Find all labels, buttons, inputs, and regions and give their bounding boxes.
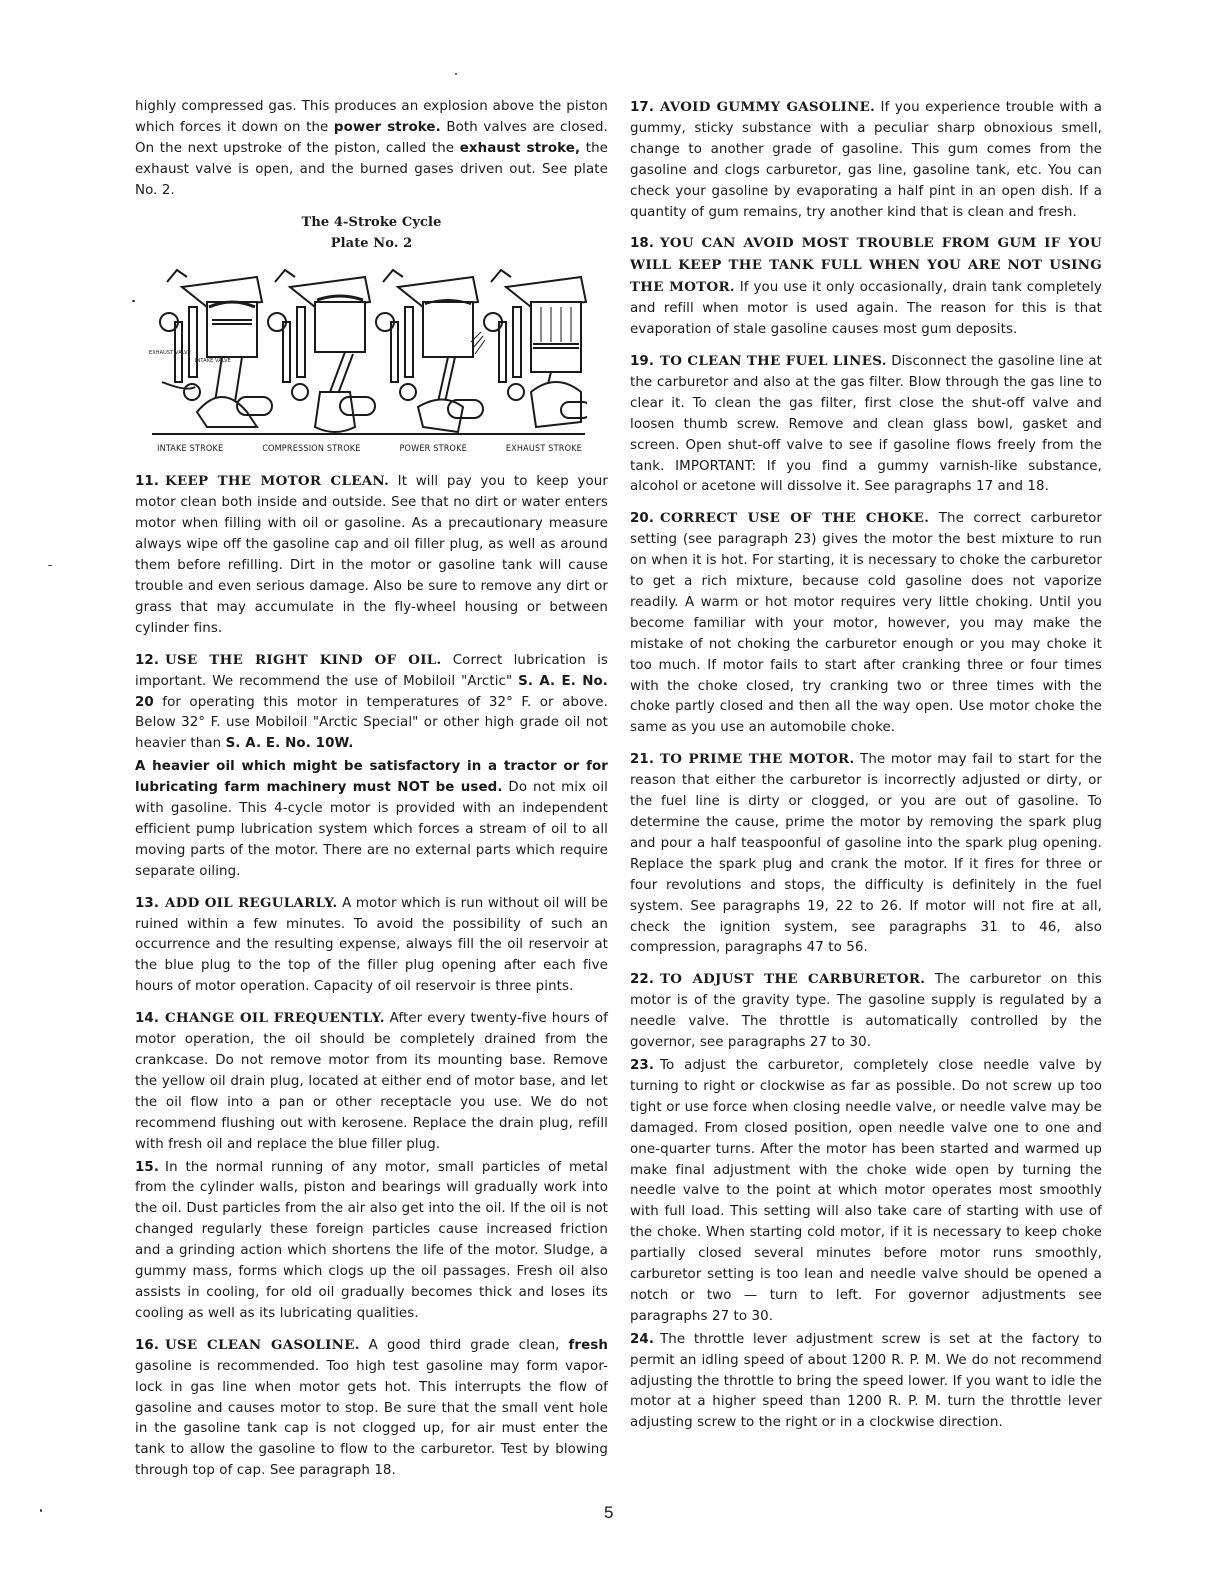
paragraph-heading: TO ADJUST THE CARBURETOR. [660, 971, 925, 987]
power-stroke-term: power stroke. [334, 120, 441, 135]
exhaust-stroke-drawing [471, 270, 587, 427]
paragraph-17: 17.AVOID GUMMY GASOLINE. If you experien… [630, 97, 1102, 223]
paragraph-heading: KEEP THE MOTOR CLEAN. [165, 473, 389, 489]
intro-paragraph: highly compressed gas. This produces an … [135, 97, 608, 202]
power-stroke-label: POWER STROKE [399, 439, 466, 460]
right-column: 17.AVOID GUMMY GASOLINE. If you experien… [630, 97, 1102, 1444]
paragraph-18: 18.YOU CAN AVOID MOST TROUBLE FROM GUM I… [630, 233, 1102, 341]
scan-speck [40, 1509, 42, 1512]
intake-stroke-label: INTAKE STROKE [157, 439, 223, 460]
paragraph-23: 23.To adjust the carburetor, completely … [630, 1056, 1102, 1328]
left-column: highly compressed gas. This produces an … [135, 97, 608, 1492]
figure-plate-number: Plate No. 2 [135, 233, 608, 254]
scan-speck [455, 73, 457, 75]
paragraph-heading: USE CLEAN GASOLINE. [165, 1337, 360, 1353]
paragraph-15: 15.In the normal running of any motor, s… [135, 1158, 608, 1325]
scan-speck [48, 565, 52, 566]
page-number: 5 [604, 1503, 613, 1523]
paragraph-heading: ADD OIL REGULARLY. [165, 895, 338, 911]
intake-stroke-drawing [160, 270, 272, 427]
stroke-label-row: INTAKE STROKE COMPRESSION STROKE POWER S… [157, 439, 582, 460]
exhaust-stroke-label: EXHAUST STROKE [506, 439, 582, 460]
paragraph-12: 12.USE THE RIGHT KIND OF OIL. Correct lu… [135, 650, 608, 756]
paragraph-heading: CORRECT USE OF THE CHOKE. [660, 510, 929, 526]
paragraph-heading: AVOID GUMMY GASOLINE. [660, 99, 875, 115]
paragraph-heading: USE THE RIGHT KIND OF OIL. [165, 652, 441, 668]
paragraph-heading: CHANGE OIL FREQUENTLY. [165, 1010, 385, 1026]
paragraph-24: 24.The throttle lever adjustment screw i… [630, 1330, 1102, 1435]
four-stroke-cycle-illustration: EXHAUST VALVE INTAKE VALVE [147, 262, 587, 437]
figure-title: The 4-Stroke Cycle [135, 212, 608, 233]
scan-speck [132, 300, 135, 302]
engine-cutaway-drawings-icon: EXHAUST VALVE INTAKE VALVE [147, 262, 587, 437]
paragraph-12-continued: A heavier oil which might be satisfactor… [135, 757, 608, 882]
paragraph-13: 13.ADD OIL REGULARLY. A motor which is r… [135, 893, 608, 999]
paragraph-heading: TO PRIME THE MOTOR. [660, 751, 854, 767]
paragraph-14: 14.CHANGE OIL FREQUENTLY. After every tw… [135, 1008, 608, 1155]
exhaust-stroke-term: exhaust stroke, [460, 141, 580, 156]
compression-stroke-label: COMPRESSION STROKE [262, 439, 360, 460]
paragraph-16: 16.USE CLEAN GASOLINE. A good third grad… [135, 1335, 608, 1482]
exhaust-valve-inline-label: EXHAUST VALVE [149, 350, 191, 356]
paragraph-19: 19.TO CLEAN THE FUEL LINES. Disconnect t… [630, 351, 1102, 498]
intake-valve-inline-label: INTAKE VALVE [195, 358, 231, 364]
paragraph-20: 20.CORRECT USE OF THE CHOKE. The correct… [630, 508, 1102, 739]
compression-stroke-drawing [268, 270, 375, 432]
figure-caption: The 4-Stroke Cycle Plate No. 2 [135, 212, 608, 254]
paragraph-11: 11.KEEP THE MOTOR CLEAN. It will pay you… [135, 471, 608, 639]
paragraph-21: 21.TO PRIME THE MOTOR. The motor may fai… [630, 749, 1102, 959]
power-stroke-drawing [376, 270, 483, 432]
paragraph-heading: TO CLEAN THE FUEL LINES. [660, 353, 887, 369]
paragraph-22: 22.TO ADJUST THE CARBURETOR. The carbure… [630, 969, 1102, 1054]
